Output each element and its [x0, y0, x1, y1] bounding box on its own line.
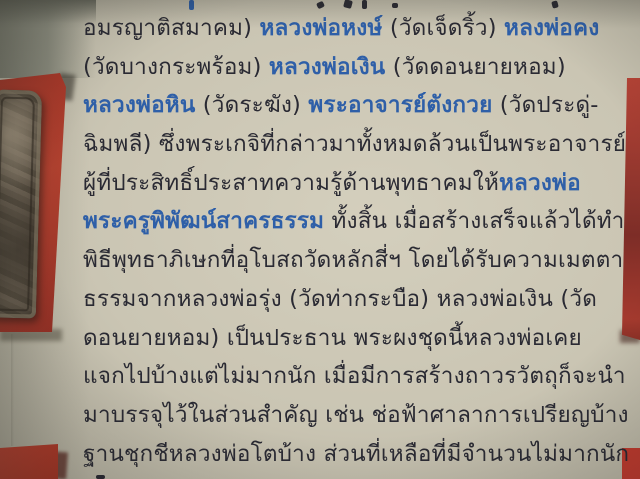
text-line: (วัดบางกระพร้อม) หลวงพ่อเงิน (วัดดอนยายห…: [83, 48, 631, 87]
text-segment: พิธีพุทธาภิเษกที่อุโบสถวัดหลักสี่ฯ โดยได…: [83, 247, 623, 273]
text-segment: หลวงพ่อ: [499, 170, 581, 196]
text-line: ธรรมจากหลวงพ่อรุ่ง (วัดท่ากระบือ) หลวงพ่…: [83, 280, 631, 319]
text-line: อมรญาติสมาคม) หลวงพ่อหงษ์ (วัดเจ็ดริ้ว) …: [83, 9, 631, 48]
text-segment: (วัดเจ็ดริ้ว): [383, 15, 505, 41]
cutoff-glyph-fragment: [343, 0, 353, 9]
text-segment: พระอาจารย์ตังกวย: [308, 92, 492, 118]
text-segment: พระครูพิพัฒน์สาครธรรม: [83, 208, 324, 234]
text-line: แจกไปบ้างแต่ไม่มากนัก เมื่อมีการสร้างถาว…: [83, 357, 631, 396]
text-line: หลวงพ่อหิน (วัดระฆัง) พระอาจารย์ตังกวย (…: [83, 86, 631, 125]
text-segment: ฉิมพลี) ซึ่งพระเกจิที่กล่าวมาทั้งหมดล้วน…: [83, 131, 626, 157]
text-segment: (วัดดอนยายหอม): [385, 54, 565, 80]
text-line: มาบรรจุไว้ในส่วนสำคัญ เช่น ช่อฟ้าศาลาการ…: [83, 396, 631, 435]
text-segment: หลวงพ่อหิน: [83, 92, 195, 118]
amulet-photo: [0, 89, 42, 318]
text-segment: ดอนยายหอม) เป็นประธาน พระผงชุดนี้หลวงพ่อ…: [83, 325, 582, 351]
cutoff-glyph-fragment: [551, 0, 559, 8]
page-crease-line: [11, 334, 14, 446]
cutoff-glyph-fragment: [189, 0, 194, 10]
text-segment: หลงพ่อคง: [504, 15, 599, 41]
text-line: ดอนยายหอม) เป็นประธาน พระผงชุดนี้หลวงพ่อ…: [83, 319, 631, 358]
text-line: ฉิมพลี) ซึ่งพระเกจิที่กล่าวมาทั้งหมดล้วน…: [83, 125, 631, 164]
text-segment: ธรรมจากหลวงพ่อรุ่ง (วัดท่ากระบือ) หลวงพ่…: [83, 286, 597, 312]
page-margin-shading: [0, 0, 96, 78]
text-segment: มาบรรจุไว้ในส่วนสำคัญ เช่น ช่อฟ้าศาลาการ…: [83, 402, 629, 428]
cutoff-glyph-fragment: [316, 1, 325, 9]
text-segment: แจกไปบ้างแต่ไม่มากนัก เมื่อมีการสร้างถาว…: [83, 363, 626, 389]
text-segment: หลวงพ่อเงิน: [269, 54, 385, 80]
page-text: อมรญาติสมาคม) หลวงพ่อหงษ์ (วัดเจ็ดริ้ว) …: [83, 9, 631, 479]
text-segment: (วัดประดู่-: [492, 92, 598, 118]
text-segment: อมรญาติสมาคม): [83, 15, 259, 41]
text-line: พิธีพุทธาภิเษกที่อุโบสถวัดหลักสี่ฯ โดยได…: [83, 241, 631, 280]
text-segment: ทั้งสิ้น เมื่อสร้างเสร็จแล้วได้ทำ: [324, 208, 624, 234]
cutoff-glyph-fragment: [96, 475, 105, 479]
text-segment: หลวงพ่อหงษ์: [259, 15, 382, 41]
red-banner-bottom-left: [0, 444, 58, 479]
text-segment: (วัดบางกระพร้อม): [83, 54, 269, 80]
text-line: พระครูพิพัฒน์สาครธรรม ทั้งสิ้น เมื่อสร้า…: [83, 202, 631, 241]
cutoff-glyph-fragment: [392, 3, 398, 8]
cutoff-glyph-fragment: [362, 0, 367, 9]
text-segment: ฐานชุกชีหลวงพ่อโตบ้าง ส่วนที่เหลือที่มีจ…: [83, 441, 629, 467]
text-line: ฐานชุกชีหลวงพ่อโตบ้าง ส่วนที่เหลือที่มีจ…: [83, 435, 631, 474]
text-segment: (วัดระฆัง): [195, 92, 308, 118]
text-segment: ผู้ที่ประสิทธิ์ประสาทความรู้ด้านพุทธาคมใ…: [83, 170, 499, 196]
photographed-book-page: อมรญาติสมาคม) หลวงพ่อหงษ์ (วัดเจ็ดริ้ว) …: [0, 0, 640, 479]
text-line: ผู้ที่ประสิทธิ์ประสาทความรู้ด้านพุทธาคมใ…: [83, 164, 631, 203]
